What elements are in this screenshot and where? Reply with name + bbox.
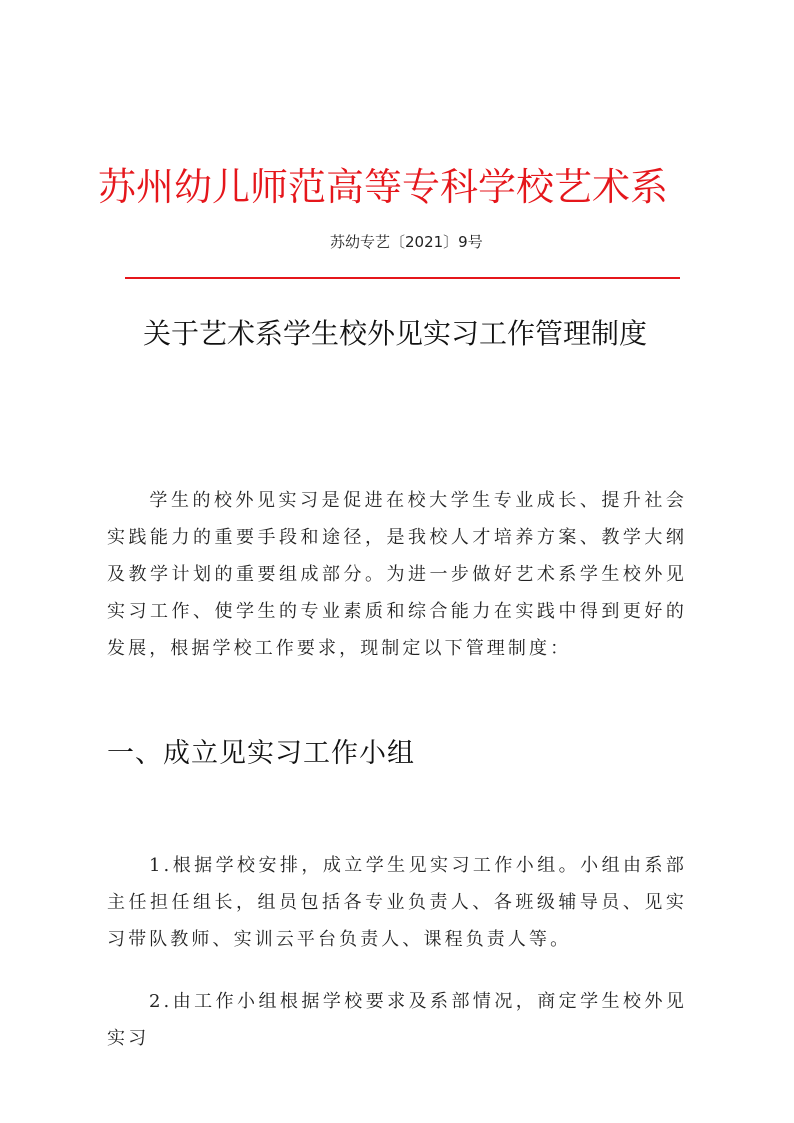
intro-paragraph-text: 学生的校外见实习是促进在校大学生专业成长、提升社会实践能力的重要手段和途径，是我… <box>107 490 687 659</box>
red-divider-line <box>125 277 680 279</box>
section-heading: 一、成立见实习工作小组 <box>107 734 415 774</box>
document-page: 苏州幼儿师范高等专科学校艺术系 苏幼专艺〔2021〕9号 关于艺术系学生校外见实… <box>0 0 794 1123</box>
intro-paragraph: 学生的校外见实习是促进在校大学生专业成长、提升社会实践能力的重要手段和途径，是我… <box>107 482 687 667</box>
section-item: 2.由工作小组根据学校要求及系部情况，商定学生校外见实习 <box>107 983 687 1057</box>
organization-header: 苏州幼儿师范高等专科学校艺术系 <box>98 163 698 211</box>
section-item-text: 2.由工作小组根据学校要求及系部情况，商定学生校外见实习 <box>107 991 687 1049</box>
section-item-text: 1.根据学校安排，成立学生见实习工作小组。小组由系部主任担任组长，组员包括各专业… <box>107 855 687 950</box>
document-number: 苏幼专艺〔2021〕9号 <box>330 232 483 252</box>
section-item: 1.根据学校安排，成立学生见实习工作小组。小组由系部主任担任组长，组员包括各专业… <box>107 847 687 958</box>
document-title: 关于艺术系学生校外见实习工作管理制度 <box>110 314 680 354</box>
